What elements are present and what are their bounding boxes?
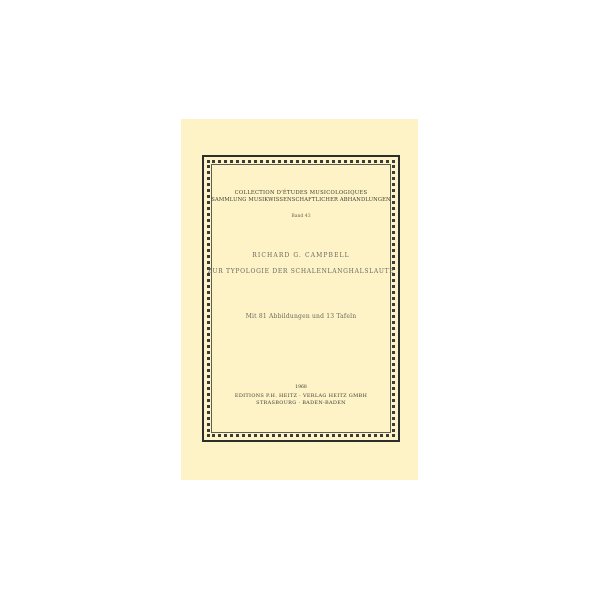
publication-place: Strasbourg · Baden-Baden [204,400,398,406]
series-title-french: Collection d'Études Musicologiques [204,190,398,196]
author-name: Richard G. Campbell [204,252,398,259]
book-cover: Collection d'Études Musicologiques Samml… [181,119,418,480]
publication-year: 1968 [204,385,398,390]
decorative-frame: Collection d'Études Musicologiques Samml… [202,155,400,442]
series-title-german: Sammlung Musikwissenschaftlicher Abhandl… [204,197,398,203]
volume-number: Band 43 [204,214,398,219]
book-title: Zur Typologie der Schalenlanghalslaute [204,268,398,275]
publisher: Editions P.H. Heitz · Verlag Heitz GmbH [204,393,398,399]
book-subtitle: Mit 81 Abbildungen und 13 Tafeln [204,313,398,320]
